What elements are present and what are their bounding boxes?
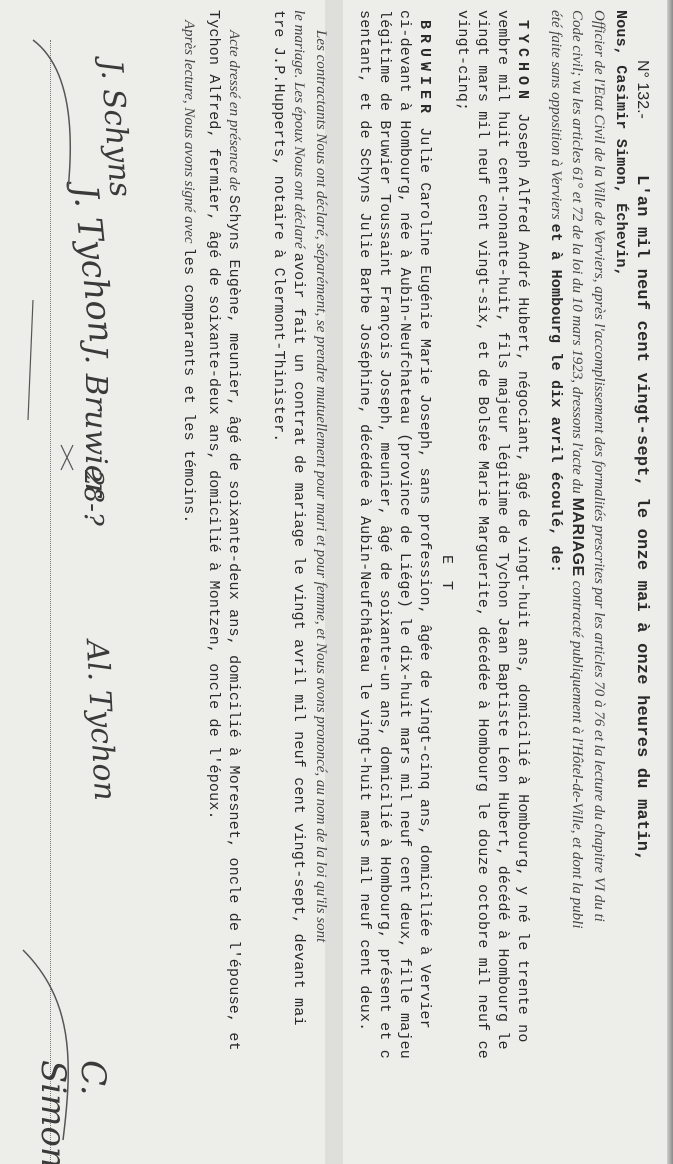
marriage-record-document: N° 132.- L'an mil neuf cent vingt-sept, … — [0, 0, 673, 1164]
signature-flourishes — [0, 0, 673, 1164]
scanned-page: N° 132.- L'an mil neuf cent vingt-sept, … — [0, 0, 673, 1164]
